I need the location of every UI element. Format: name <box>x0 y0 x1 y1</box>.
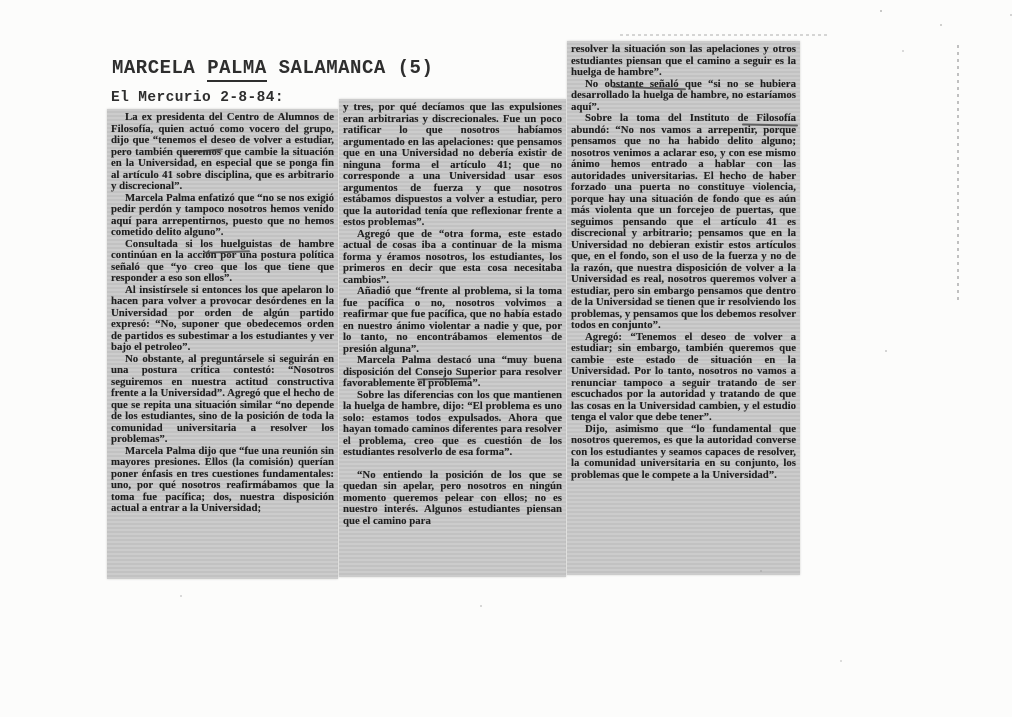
headline: MARCELA PALMA SALAMANCA (5) <box>112 57 433 79</box>
paragraph: No obstante, al preguntársele si seguirá… <box>111 354 334 446</box>
scan-noise-artifact <box>620 34 830 36</box>
paragraph: Marcela Palma dijo que “fue una reunión … <box>111 446 334 515</box>
paragraph: La ex presidenta del Centro de Alumnos d… <box>111 112 334 193</box>
article-column-1: La ex presidenta del Centro de Alumnos d… <box>107 109 338 579</box>
paragraph: Agregó: “Tenemos el deseo de volver a es… <box>571 332 796 424</box>
paragraph: No obstante señaló que “si no se hubiera… <box>571 79 796 114</box>
paragraph: Dijo, asimismo que “lo fundamental que n… <box>571 424 796 482</box>
article-column-3: resolver la situación son las apelacione… <box>567 41 800 575</box>
headline-prefix: MARCELA <box>112 57 207 79</box>
headline-suffix: SALAMANCA (5) <box>267 57 434 79</box>
paragraph: “No entiendo la posición de los que se q… <box>343 470 562 528</box>
paragraph: Marcela Palma destacó una “muy buena dis… <box>343 355 562 390</box>
paragraph: Marcela Palma enfatizó que “no se nos ex… <box>111 193 334 239</box>
paragraph: Agregó que de “otra forma, este estado a… <box>343 229 562 287</box>
paragraph: resolver la situación son las apelacione… <box>571 44 796 79</box>
paragraph: y tres, por qué decíamos que las expulsi… <box>343 102 562 229</box>
headline-underlined-name: PALMA <box>207 57 267 82</box>
article-column-2: y tres, por qué decíamos que las expulsi… <box>339 99 566 577</box>
paragraph: Sobre la toma del Instituto de Filosofía… <box>571 113 796 332</box>
paragraph: Sobre las diferencias con los que mantie… <box>343 390 562 459</box>
scanned-newspaper-clipping: MARCELA PALMA SALAMANCA (5) El Mercurio … <box>0 0 1012 717</box>
paragraph: Añadió que “frente al problema, si la to… <box>343 286 562 355</box>
scan-speck-artifacts <box>880 10 882 12</box>
paragraph: Consultada si los huelguistas de hambre … <box>111 239 334 285</box>
clipping-paper-edge <box>957 45 959 300</box>
paragraph: Al insistírsele si entonces los que apel… <box>111 285 334 354</box>
dateline: El Mercurio 2-8-84: <box>111 90 284 106</box>
